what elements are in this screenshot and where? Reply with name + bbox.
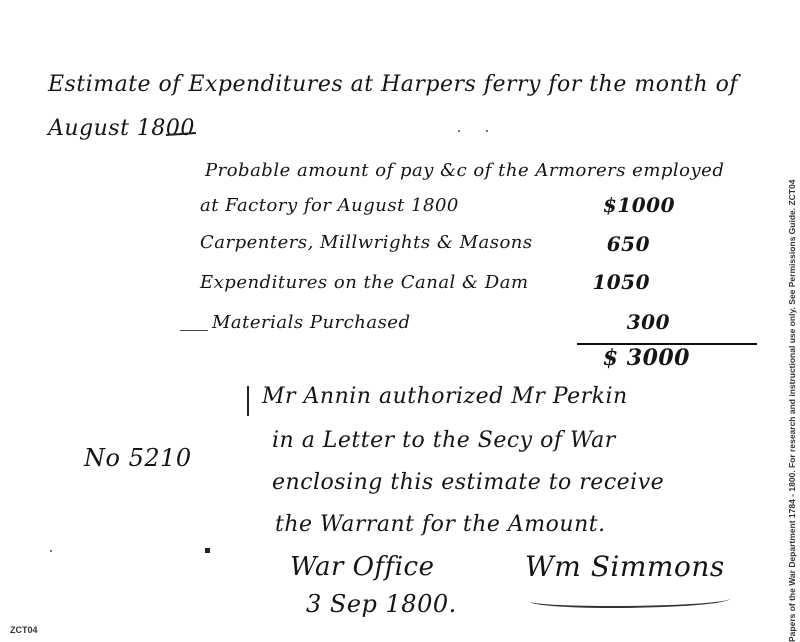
- note-line: enclosing this estimate to receive: [272, 470, 664, 495]
- scan-speck: [50, 550, 52, 552]
- signature-flourish: [530, 592, 730, 608]
- scan-speck: [486, 130, 488, 132]
- item-carpenters-label: Carpenters, Millwrights & Masons: [200, 232, 533, 253]
- archive-footer-code: ZCT04: [10, 625, 38, 635]
- item-materials-label: Materials Purchased: [212, 312, 410, 333]
- item-armorers-label: Probable amount of pay &c of the Armorer…: [205, 160, 724, 181]
- item-carpenters-amount: 650: [560, 232, 650, 256]
- signature: Wm Simmons: [525, 550, 725, 583]
- closing-place: War Office: [290, 552, 434, 582]
- scan-speck: [205, 548, 210, 553]
- item-armorers-label-cont: at Factory for August 1800: [200, 195, 459, 216]
- document-title-line-1: Estimate of Expenditures at Harpers ferr…: [48, 72, 738, 97]
- archive-sidebar-text: Papers of the War Department 1784 - 1800…: [787, 182, 797, 642]
- item-canal-amount: 1050: [560, 270, 650, 294]
- item-armorers-amount: $1000: [585, 193, 675, 217]
- scan-speck: [458, 130, 460, 132]
- item-leader-dash: [180, 330, 208, 331]
- scanned-document-page: Estimate of Expenditures at Harpers ferr…: [0, 0, 800, 642]
- file-number: No 5210: [84, 444, 192, 472]
- note-line: Mr Annin authorized Mr Perkin: [262, 384, 628, 409]
- note-line: in a Letter to the Secy of War: [272, 428, 616, 453]
- item-canal-label: Expenditures on the Canal & Dam: [200, 272, 529, 293]
- note-margin-mark: [247, 386, 249, 416]
- document-title-line-2: August 1800: [48, 116, 195, 141]
- total-amount: $ 3000: [570, 345, 690, 371]
- closing-date: 3 Sep 1800.: [306, 590, 457, 618]
- item-materials-amount: 300: [580, 310, 670, 334]
- note-line: the Warrant for the Amount.: [275, 512, 606, 537]
